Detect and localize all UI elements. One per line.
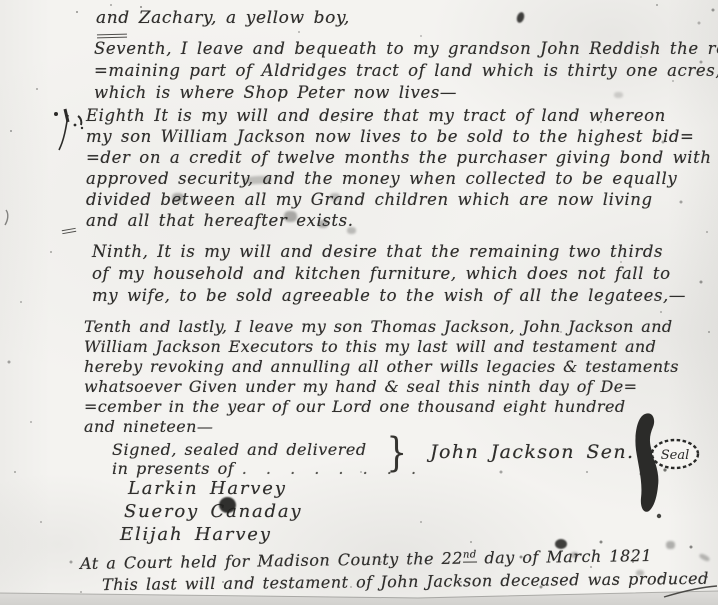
clause-ninth: Ninth, It is my will and desire that the…	[92, 241, 686, 307]
manuscript-line: Tenth and lastly, I leave my son Thomas …	[84, 317, 679, 337]
testator-signature: John Jackson Sen.	[430, 441, 634, 463]
attestation-text: in presents of	[112, 459, 234, 478]
manuscript-line: which is where Shop Peter now lives—	[94, 82, 718, 104]
witness-signature: Elijah Harvey	[120, 523, 302, 546]
manuscript-line: =der on a credit of twelve months the pu…	[86, 147, 712, 168]
scan-speckles	[0, 0, 2, 2]
witness-signatures: Larkin Harvey Sueroy Canaday Elijah Harv…	[128, 477, 302, 546]
manuscript-line: hereby revoking and annulling all other …	[84, 357, 679, 377]
manuscript-line: Seventh, I leave and bequeath to my gran…	[94, 38, 718, 60]
ink-smudge	[698, 553, 710, 563]
margin-pen-mark	[44, 98, 96, 162]
witness-signature: Larkin Harvey	[128, 477, 302, 500]
ink-blotch	[555, 539, 567, 549]
manuscript-line: Ninth, It is my will and desire that the…	[92, 241, 686, 263]
manuscript-line: approved security, and the money when co…	[86, 168, 712, 189]
manuscript-line: my son William Jackson now lives to be s…	[86, 126, 712, 147]
ink-smudge	[614, 92, 623, 98]
ink-smudge	[636, 570, 644, 576]
manuscript-line: whatsoever Given under my hand & seal th…	[84, 377, 679, 397]
manuscript-line: =maining part of Aldridges tract of land…	[94, 60, 718, 82]
page-edge-lines	[0, 585, 718, 605]
ink-smudge	[571, 552, 578, 558]
ink-smudge	[284, 211, 297, 222]
seal-label: Seal	[661, 448, 690, 463]
manuscript-line: and Zachary, a yellow boy,	[96, 8, 350, 28]
probate-text: day of March 1821	[477, 546, 653, 567]
scanned-will-page: and Zachary, a yellow boy, Seventh, I le…	[0, 0, 718, 605]
ink-smudge	[318, 220, 328, 228]
wax-seal: Seal	[648, 436, 702, 472]
margin-stray-mark	[2, 208, 16, 228]
ink-smudge	[515, 11, 525, 24]
clause-seventh: Seventh, I leave and bequeath to my gran…	[94, 38, 718, 104]
clause-eighth: Eighth It is my will and desire that my …	[86, 105, 712, 231]
attestation-line-2: in presents of . . . . . . . .	[112, 459, 422, 478]
ink-blotch	[219, 497, 236, 513]
ink-smudge	[330, 193, 340, 201]
ink-smudge	[347, 227, 356, 234]
probate-line-1: At a Court held for Madison County the 2…	[80, 546, 652, 573]
manuscript-line: my wife, to be sold agreeable to the wis…	[92, 285, 686, 307]
ordinal-superscript: nd	[463, 549, 477, 562]
manuscript-line: and nineteen—	[84, 417, 679, 437]
manuscript-line: of my household and kitchen furniture, w…	[92, 263, 686, 285]
ink-smudge	[666, 541, 675, 549]
margin-dash-mark	[62, 228, 76, 234]
probate-text: At a Court held for Madison County the 2…	[80, 549, 463, 573]
witness-signature: Sueroy Canaday	[124, 500, 302, 523]
manuscript-line: Eighth It is my will and desire that my …	[86, 105, 712, 126]
manuscript-line: and all that hereafter exists.	[86, 210, 712, 231]
attestation-brace: }	[387, 430, 407, 476]
manuscript-line: =cember in the year of our Lord one thou…	[84, 397, 679, 417]
clause-tenth: Tenth and lastly, I leave my son Thomas …	[84, 317, 679, 437]
manuscript-line: William Jackson Executors to this my las…	[84, 337, 679, 357]
attestation-line-1: Signed, sealed and delivered	[112, 440, 367, 459]
ink-smudge	[172, 193, 184, 202]
